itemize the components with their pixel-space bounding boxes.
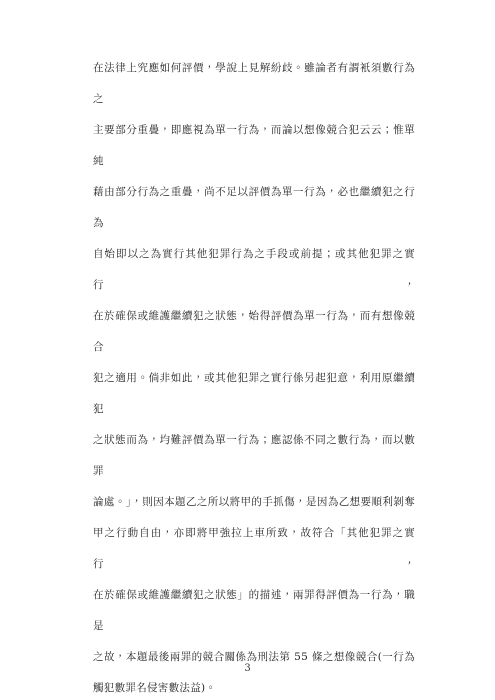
text-line: 在於確保或維護繼續犯之狀態，始得評價為單一行為，而有想像競合 <box>93 301 415 363</box>
text-line: 在法律上究應如何評價，學說上見解紛歧。雖論者有謂衹須數行為之 <box>93 53 415 115</box>
text-line: 之狀態而為，均難評價為單一行為；應認係不同之數行為，而以數罪 <box>93 425 415 487</box>
document-page: 在法律上究應如何評價，學說上見解紛歧。雖論者有謂衹須數行為之主要部分重疊，即應視… <box>0 0 495 700</box>
text-line: 觸犯數罪名侵害數法益)。 <box>93 673 415 700</box>
text-line: 論處。」，則因本題乙之所以將甲的手抓傷，是因為乙想要順利剝奪 <box>93 487 415 518</box>
page-number: 3 <box>0 662 495 676</box>
text-line: 犯之適用。倘非如此，或其他犯罪之實行係另起犯意，利用原繼續犯 <box>93 363 415 425</box>
text-line: 藉由部分行為之重疊，尚不足以評價為單一行為，必也繼續犯之行為 <box>93 177 415 239</box>
paragraph: 在法律上究應如何評價，學說上見解紛歧。雖論者有謂衹須數行為之主要部分重疊，即應視… <box>93 53 415 700</box>
text-line: 甲之行動自由，亦即將甲強拉上車所致，故符合「其他犯罪之實行， <box>93 518 415 580</box>
text-line: 在於確保或維護繼續犯之狀態」的描述，兩罪得評價為一行為，職是 <box>93 580 415 642</box>
text-line: 自始即以之為實行其他犯罪行為之手段或前提；或其他犯罪之實行， <box>93 239 415 301</box>
text-line: 主要部分重疊，即應視為單一行為，而論以想像競合犯云云；惟單純 <box>93 115 415 177</box>
